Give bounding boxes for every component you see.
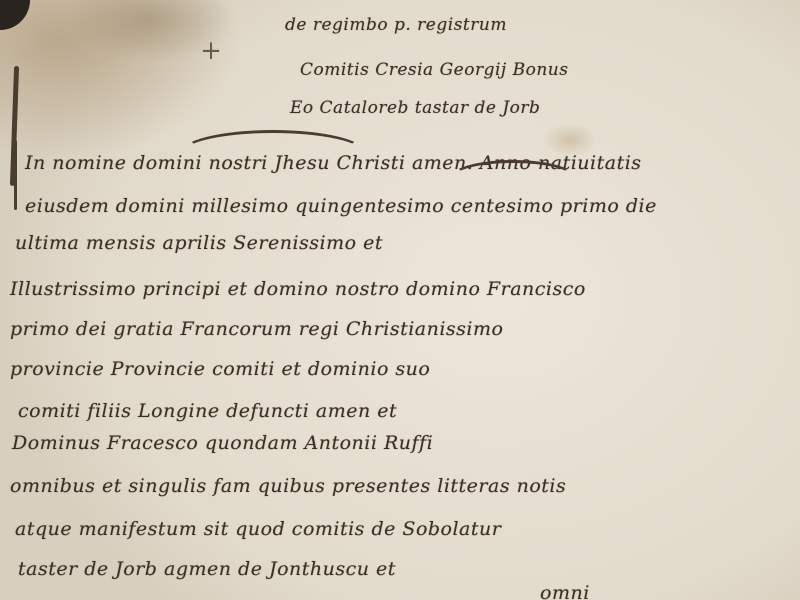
heading-line-1: de regimbo p. registrum [285, 15, 507, 35]
body-line-10: atque manifestum sit quod comitis de Sob… [15, 518, 501, 540]
heading-line-2: Comitis Cresia Georgij Bonus [300, 60, 568, 80]
body-line-11: taster de Jorb agmen de Jonthuscu et [18, 558, 396, 580]
body-line-5: primo dei gratia Francorum regi Christia… [10, 318, 503, 340]
page-corner-shadow [0, 0, 30, 30]
body-line-12: omni [540, 582, 590, 600]
body-line-7: comiti filiis Longine defuncti amen et [18, 400, 397, 422]
body-line-3: ultima mensis aprilis Serenissimo et [15, 232, 383, 254]
ink-flourish [450, 160, 576, 196]
body-line-4: Illustrissimo principi et domino nostro … [10, 278, 586, 300]
ink-flourish [180, 130, 366, 176]
body-line-8: Dominus Fracesco quondam Antonii Ruffi [12, 432, 433, 454]
body-line-2: eiusdem domini millesimo quingentesimo c… [25, 195, 657, 217]
margin-ink-stroke-2 [14, 140, 17, 210]
marginal-cross-mark: + [196, 36, 226, 66]
heading-line-3: Eo Cataloreb tastar de Jorb [290, 98, 540, 118]
body-line-6: provincie Provincie comiti et dominio su… [10, 358, 430, 380]
body-line-9: omnibus et singulis fam quibus presentes… [10, 475, 566, 497]
